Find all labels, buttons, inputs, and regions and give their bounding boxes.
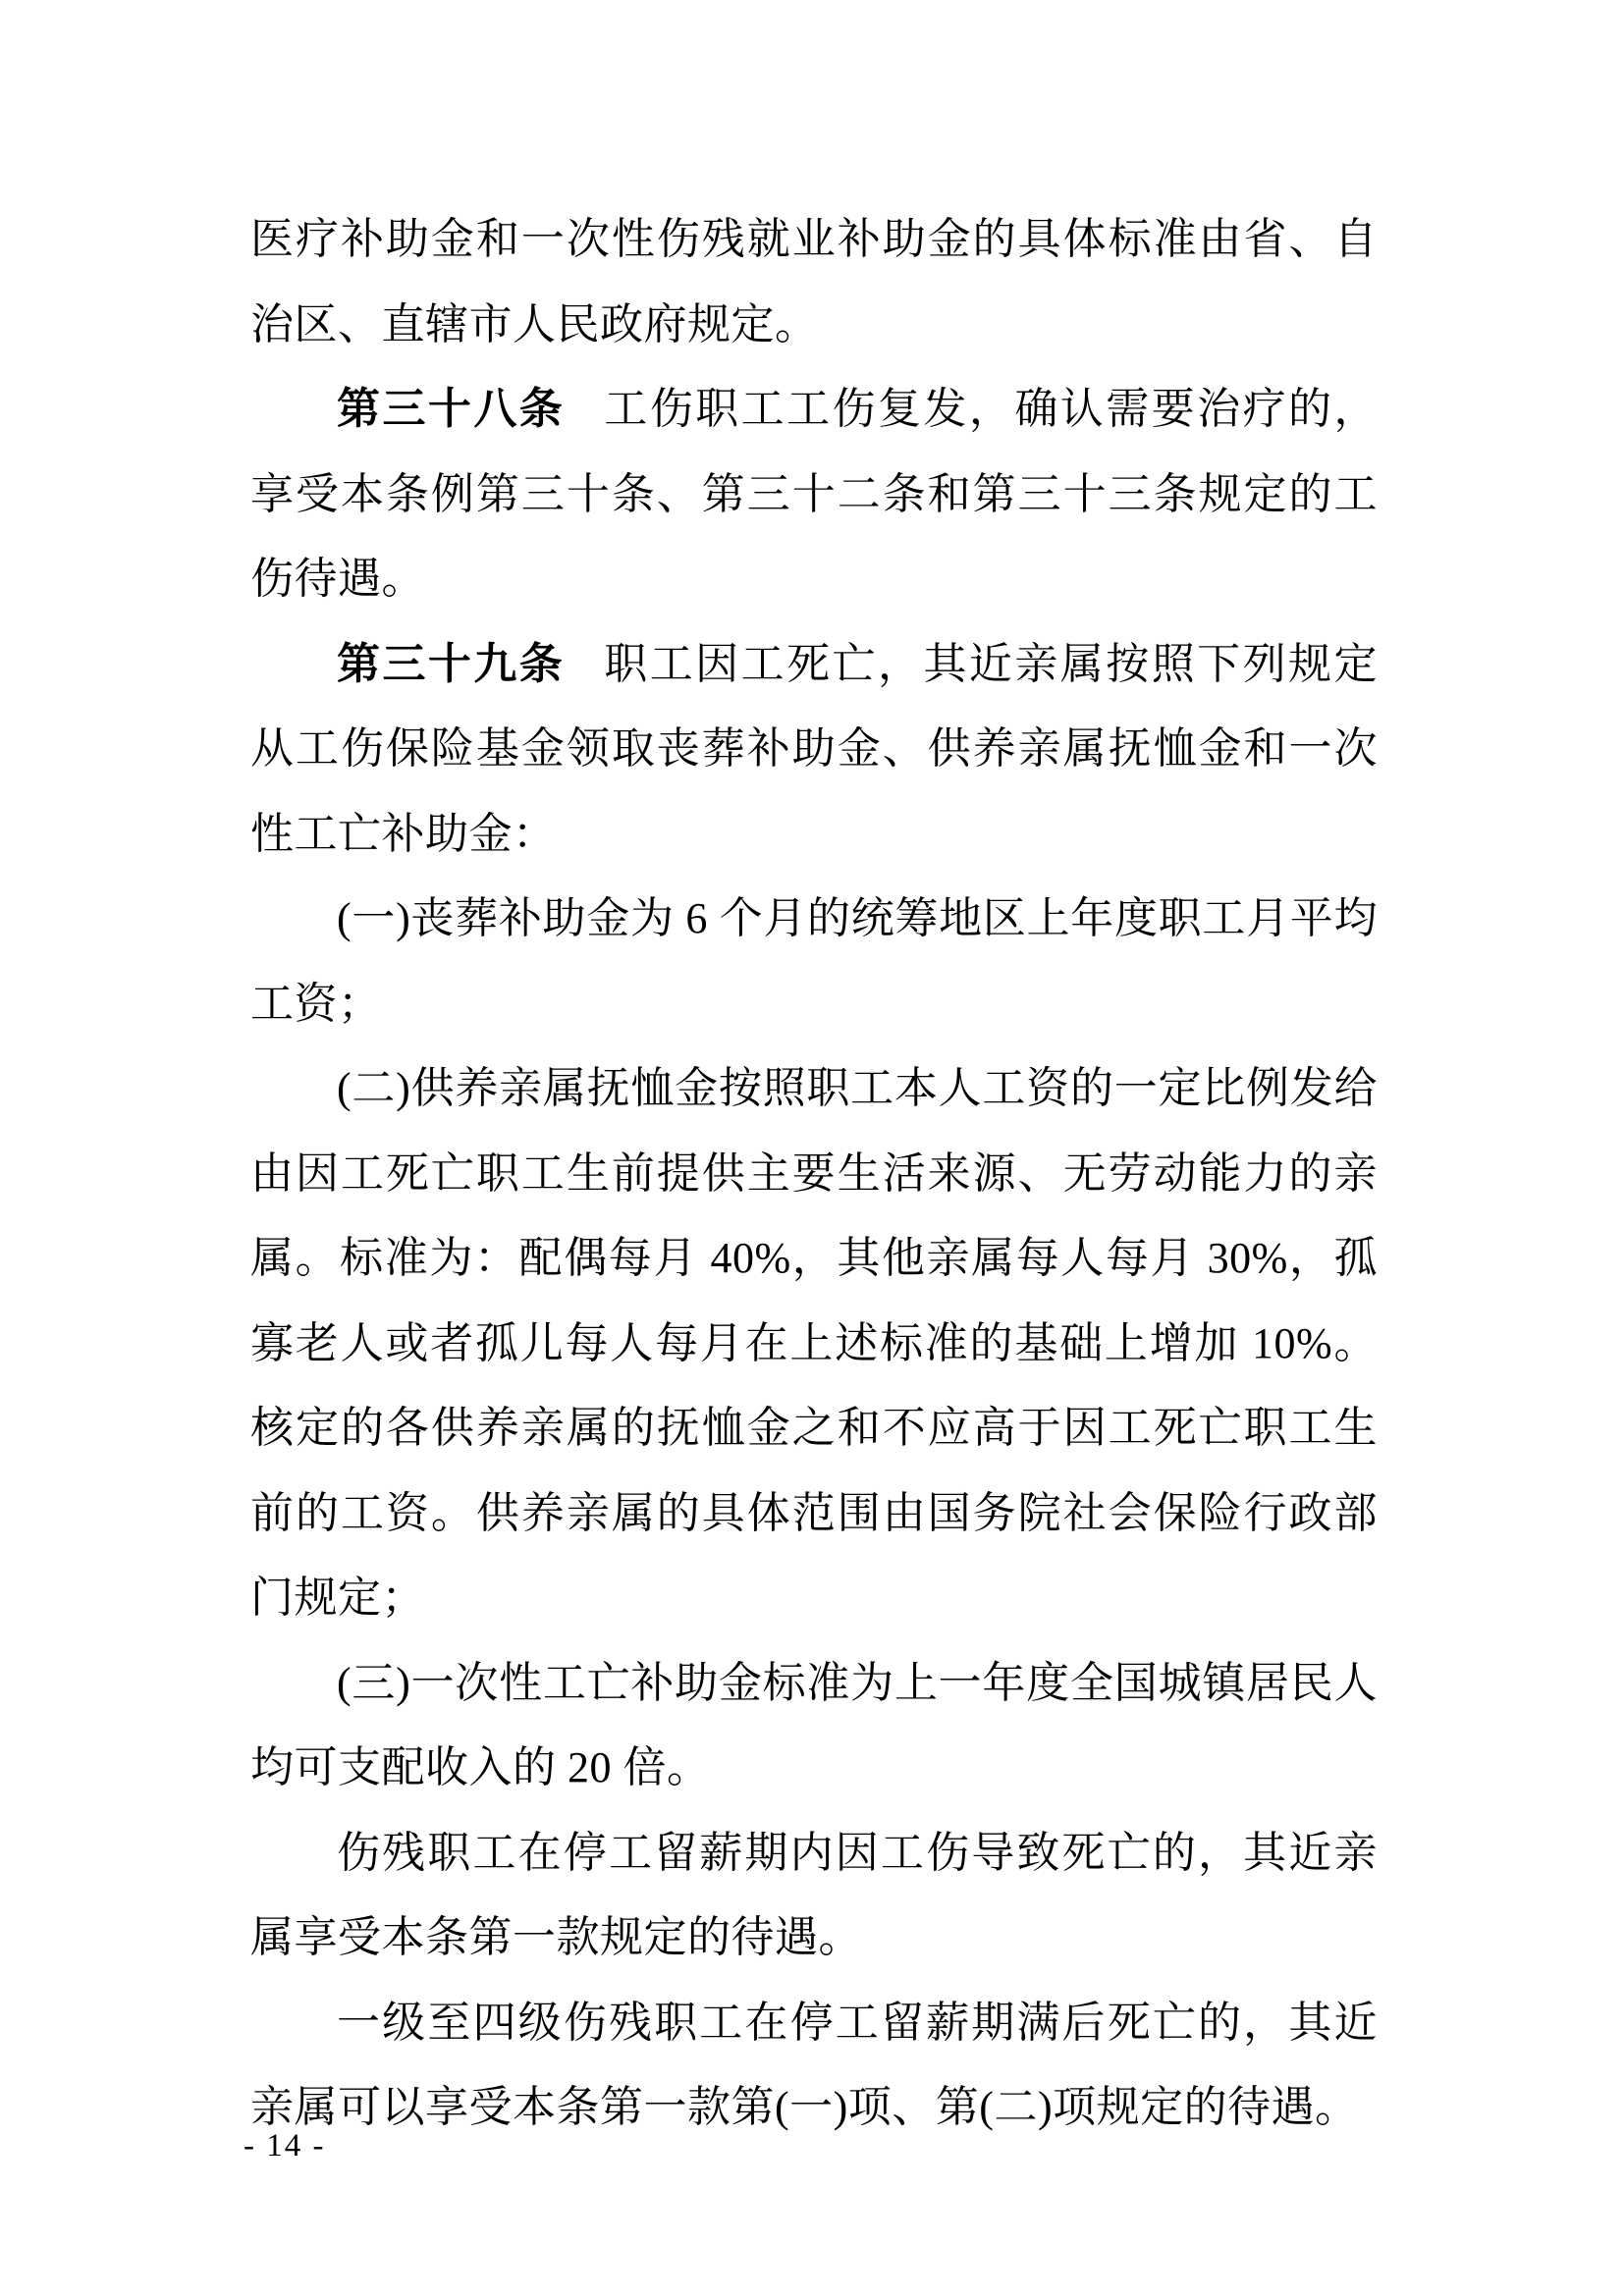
paragraph: 医疗补助金和一次性伤残就业补助金的具体标准由省、自治区、直辖市人民政府规定。 (250, 197, 1378, 367)
article-heading: 第三十八条 (337, 385, 565, 433)
paragraph-text: 医疗补助金和一次性伤残就业补助金的具体标准由省、自治区、直辖市人民政府规定。 (250, 215, 1378, 348)
paragraph-text: (二)供养亲属抚恤金按照职工本人工资的一定比例发给由因工死亡职工生前提供主要生活… (250, 1064, 1378, 1622)
paragraph: (二)供养亲属抚恤金按照职工本人工资的一定比例发给由因工死亡职工生前提供主要生活… (250, 1046, 1378, 1641)
paragraph: 第三十八条工伤职工工伤复发，确认需要治疗的，享受本条例第三十条、第三十二条和第三… (250, 367, 1378, 622)
paragraph-text: (三)一次性工亡补助金标准为上一年度全国城镇居民人均可支配收入的 20 倍。 (250, 1659, 1378, 1792)
article-heading: 第三十九条 (337, 640, 565, 688)
paragraph: (三)一次性工亡补助金标准为上一年度全国城镇居民人均可支配收入的 20 倍。 (250, 1641, 1378, 1811)
paragraph-text: 一级至四级伤残职工在停工留薪期满后死亡的，其近亲属可以享受本条第一款第(一)项、… (250, 1999, 1378, 2132)
page-number: - 14 - (244, 2128, 325, 2164)
paragraph: 一级至四级伤残职工在停工留薪期满后死亡的，其近亲属可以享受本条第一款第(一)项、… (250, 1981, 1378, 2151)
paragraph-text: 伤残职工在停工留薪期内因工伤导致死亡的，其近亲属享受本条第一款规定的待遇。 (250, 1829, 1378, 1962)
document-page: 医疗补助金和一次性伤残就业补助金的具体标准由省、自治区、直辖市人民政府规定。第三… (0, 0, 1624, 2296)
paragraph: (一)丧葬补助金为 6 个月的统筹地区上年度职工月平均工资； (250, 877, 1378, 1046)
paragraph: 伤残职工在停工留薪期内因工伤导致死亡的，其近亲属享受本条第一款规定的待遇。 (250, 1811, 1378, 1981)
document-body: 医疗补助金和一次性伤残就业补助金的具体标准由省、自治区、直辖市人民政府规定。第三… (250, 197, 1378, 2151)
paragraph: 第三十九条职工因工死亡，其近亲属按照下列规定从工伤保险基金领取丧葬补助金、供养亲… (250, 622, 1378, 878)
paragraph-text: (一)丧葬补助金为 6 个月的统筹地区上年度职工月平均工资； (250, 894, 1378, 1028)
